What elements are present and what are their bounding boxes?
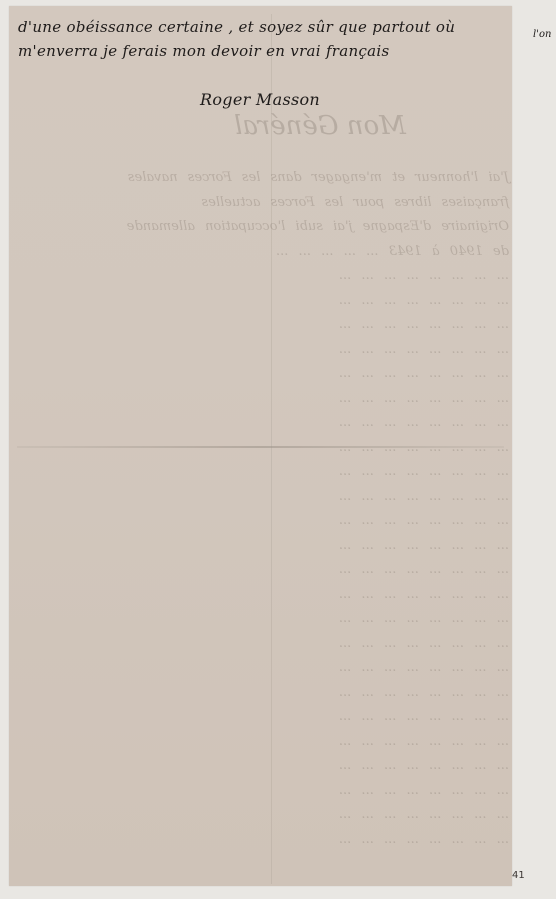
- signature: Roger Masson: [200, 90, 320, 109]
- letter-line-1-insert: l'on: [533, 29, 551, 40]
- letter-line-2: m'enverra je ferais mon devoir en vrai f…: [18, 42, 390, 60]
- bleed-through-body: J'ai l'honneur et m'engager dans les For…: [39, 166, 509, 852]
- letter-line-1: d'une obéissance certaine , et soyez sûr…: [18, 18, 455, 36]
- bleed-through-salutation: Mon Général: [234, 111, 406, 141]
- page-number: 41: [512, 870, 525, 881]
- letter-page: Mon Général J'ai l'honneur et m'engager …: [9, 6, 512, 886]
